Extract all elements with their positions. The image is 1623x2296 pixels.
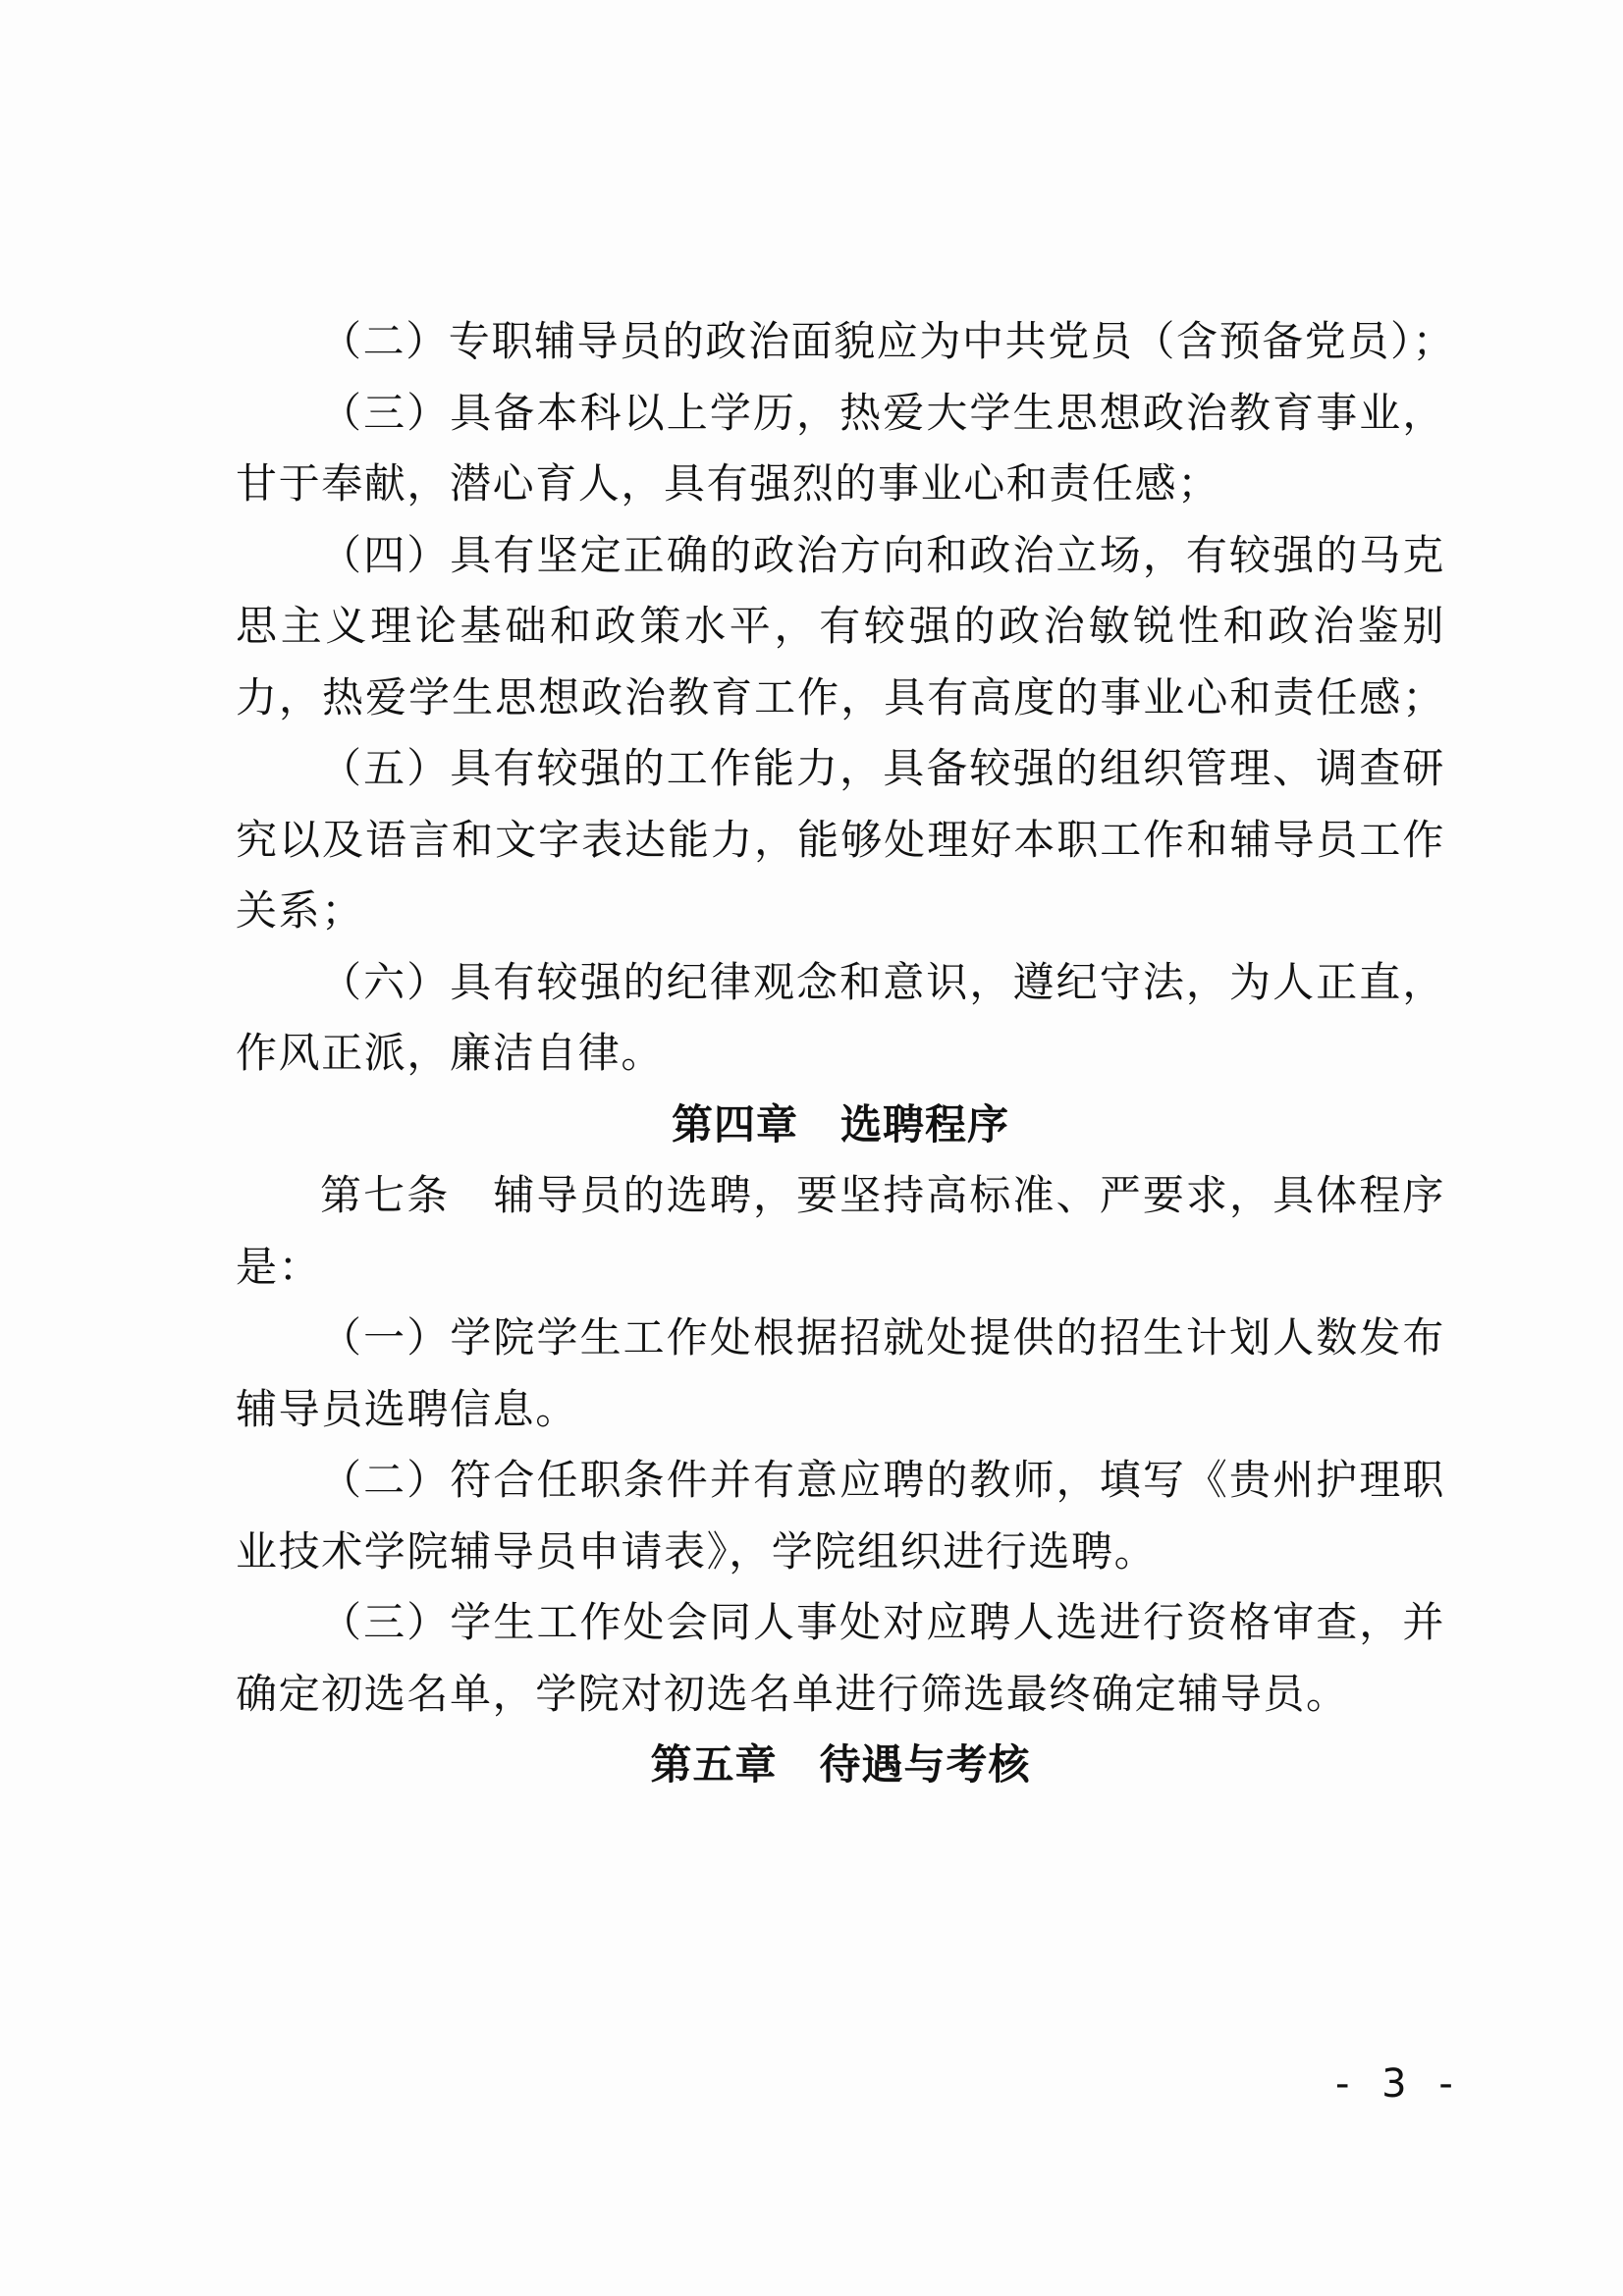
paragraph-line: 业技术学院辅导员申请表》，学院组织进行选聘。 bbox=[236, 1522, 1445, 1594]
article-line: 是： bbox=[236, 1238, 1445, 1309]
paragraph-line: 确定初选名单，学院对初选名单进行筛选最终确定辅导员。 bbox=[236, 1665, 1445, 1736]
paragraph-line: （五）具有较强的工作能力，具备较强的组织管理、调查研 bbox=[236, 739, 1445, 811]
article-line: 第七条 辅导员的选聘，要坚持高标准、严要求，具体程序 bbox=[236, 1166, 1445, 1238]
chapter-heading: 第四章 选聘程序 bbox=[236, 1095, 1445, 1167]
paragraph-line: 究以及语言和文字表达能力，能够处理好本职工作和辅导员工作 bbox=[236, 811, 1445, 882]
paragraph-line: 思主义理论基础和政策水平，有较强的政治敏锐性和政治鉴别 bbox=[236, 597, 1445, 668]
paragraph-line: 作风正派，廉洁自律。 bbox=[236, 1024, 1445, 1095]
chapter-heading: 第五章 待遇与考核 bbox=[236, 1735, 1445, 1807]
paragraph-line: （一）学院学生工作处根据招就处提供的招生计划人数发布 bbox=[236, 1308, 1445, 1380]
paragraph-line: （三）学生工作处会同人事处对应聘人选进行资格审查，并 bbox=[236, 1593, 1445, 1665]
document-body: （二）专职辅导员的政治面貌应为中共党员（含预备党员）； （三）具备本科以上学历，… bbox=[236, 312, 1445, 1807]
paragraph-line: 关系； bbox=[236, 881, 1445, 953]
paragraph-line: 甘于奉献，潜心育人，具有强烈的事业心和责任感； bbox=[236, 454, 1445, 526]
paragraph-line: （二）专职辅导员的政治面貌应为中共党员（含预备党员）； bbox=[236, 312, 1445, 384]
paragraph-line: （二）符合任职条件并有意应聘的教师，填写《贵州护理职 bbox=[236, 1451, 1445, 1522]
paragraph-line: 力，热爱学生思想政治教育工作，具有高度的事业心和责任感； bbox=[236, 668, 1445, 740]
document-page: （二）专职辅导员的政治面貌应为中共党员（含预备党员）； （三）具备本科以上学历，… bbox=[0, 0, 1623, 2296]
paragraph-line: 辅导员选聘信息。 bbox=[236, 1380, 1445, 1452]
paragraph-line: （四）具有坚定正确的政治方向和政治立场，有较强的马克 bbox=[236, 526, 1445, 598]
page-number: - 3 - bbox=[1335, 2061, 1463, 2107]
paragraph-line: （六）具有较强的纪律观念和意识，遵纪守法，为人正直， bbox=[236, 953, 1445, 1025]
paragraph-line: （三）具备本科以上学历，热爱大学生思想政治教育事业， bbox=[236, 384, 1445, 455]
